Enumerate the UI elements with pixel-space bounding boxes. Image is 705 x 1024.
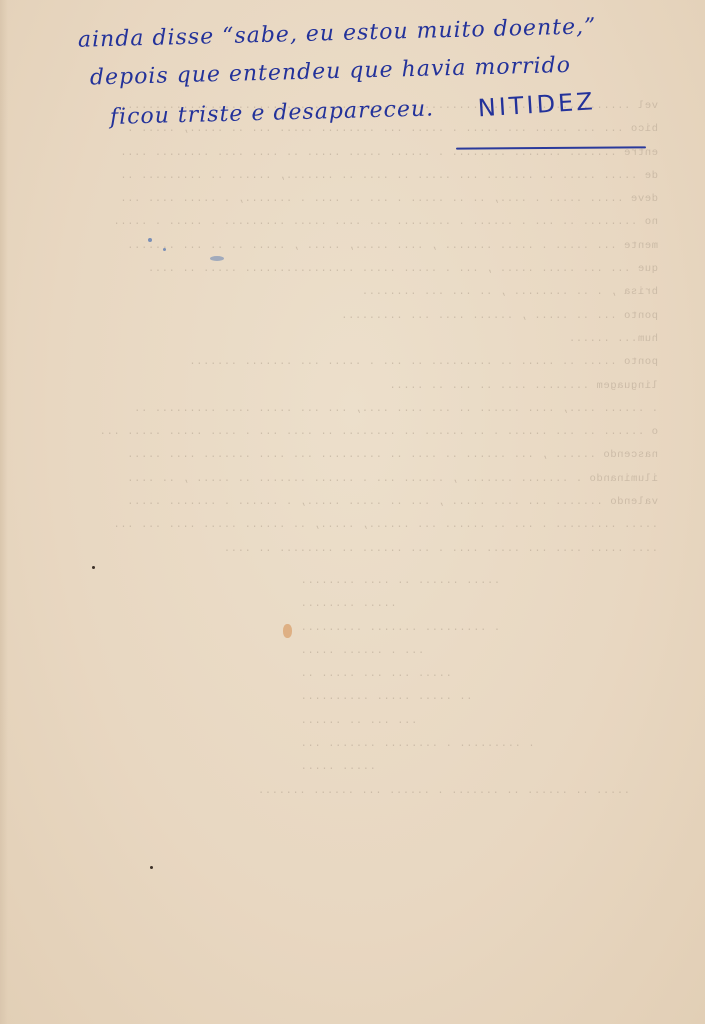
bleed-row: .... ..... .... ... ..... .... . ... ...… <box>48 538 658 561</box>
verse-row: . ......... ....... ......... <box>300 617 630 640</box>
paper-speck <box>150 866 153 869</box>
verse-row: ... ... .. ...... <box>300 710 630 733</box>
bleed-row: nascendo ...... , ... ...... .. .... .. … <box>48 444 658 467</box>
handwritten-title: NITIDEZ <box>477 82 597 127</box>
handwritten-note: ainda disse “sabe, eu estou muito doente… <box>70 22 650 138</box>
bleed-row: iluminando . ....... ....... , ...... ..… <box>48 468 658 491</box>
bleed-row: que ... ... ..... ..... , ... . ..... ..… <box>48 258 658 281</box>
verse-row: ... . ...... ..... <box>300 640 630 663</box>
bleed-through-verse: ..... ...... .. .... ........ ..... ....… <box>300 570 630 803</box>
bleed-row: de ..... ..... .. ....... ... ..... .. .… <box>48 165 658 188</box>
verse-row: ..... ........ <box>300 593 630 616</box>
bleed-row: entre ....... ....... ........ . ...... … <box>48 142 658 165</box>
ink-smudge <box>210 256 224 261</box>
verse-row: ..... ...... .. .... ........ <box>300 570 630 593</box>
scanned-manuscript-page: vel ....................................… <box>0 0 705 1024</box>
bleed-row: valendo ....... ... .... ..... , ... .. … <box>48 491 658 514</box>
bleed-row: . ...... ...., .... ...... .. ... .... .… <box>48 398 658 421</box>
bleed-row: brisa , . .. ........ , .. ... ... .....… <box>48 281 658 304</box>
bleed-row: hum... ...... <box>48 328 658 351</box>
handwritten-line: ficou triste e desapareceu. <box>110 96 435 129</box>
bleed-row: ponto ... .. ..... , ...... .... ... ...… <box>48 305 658 328</box>
verse-row: .. ..... ..... .......... <box>300 686 630 709</box>
page-edge-shadow <box>0 0 8 1024</box>
bleed-row: o ...... .. ... ...... . .. ...... .. ..… <box>48 421 658 444</box>
paper-speck <box>92 566 95 569</box>
ink-spot <box>163 248 166 251</box>
bleed-row: ..... ......... . ... .. ...... ... ....… <box>48 514 658 537</box>
paper-stain <box>283 624 292 638</box>
ink-spot <box>148 238 152 242</box>
bleed-row: ponto ..... .. ..... .. ......... .. ...… <box>48 351 658 374</box>
verse-row: ..... .. ...... .. ....... . ...... ... … <box>300 780 630 803</box>
bleed-row: no ........ .. ... . ...... . ........ .… <box>48 211 658 234</box>
bleed-row: deve ..... ..... . ...., .. .. ..... . .… <box>48 188 658 211</box>
bleed-row: mente ... ..... . ..... ....... , .... .… <box>48 235 658 258</box>
bleed-row: linguagem ........ .... .. ... .. ..... <box>48 375 658 398</box>
verse-row: ..... ... ... ..... .. <box>300 663 630 686</box>
verse-row: ..... ..... <box>300 756 630 779</box>
bleed-through-prose: vel ....................................… <box>48 95 658 561</box>
verse-row: . ......... . ........ ....... ... <box>300 733 630 756</box>
